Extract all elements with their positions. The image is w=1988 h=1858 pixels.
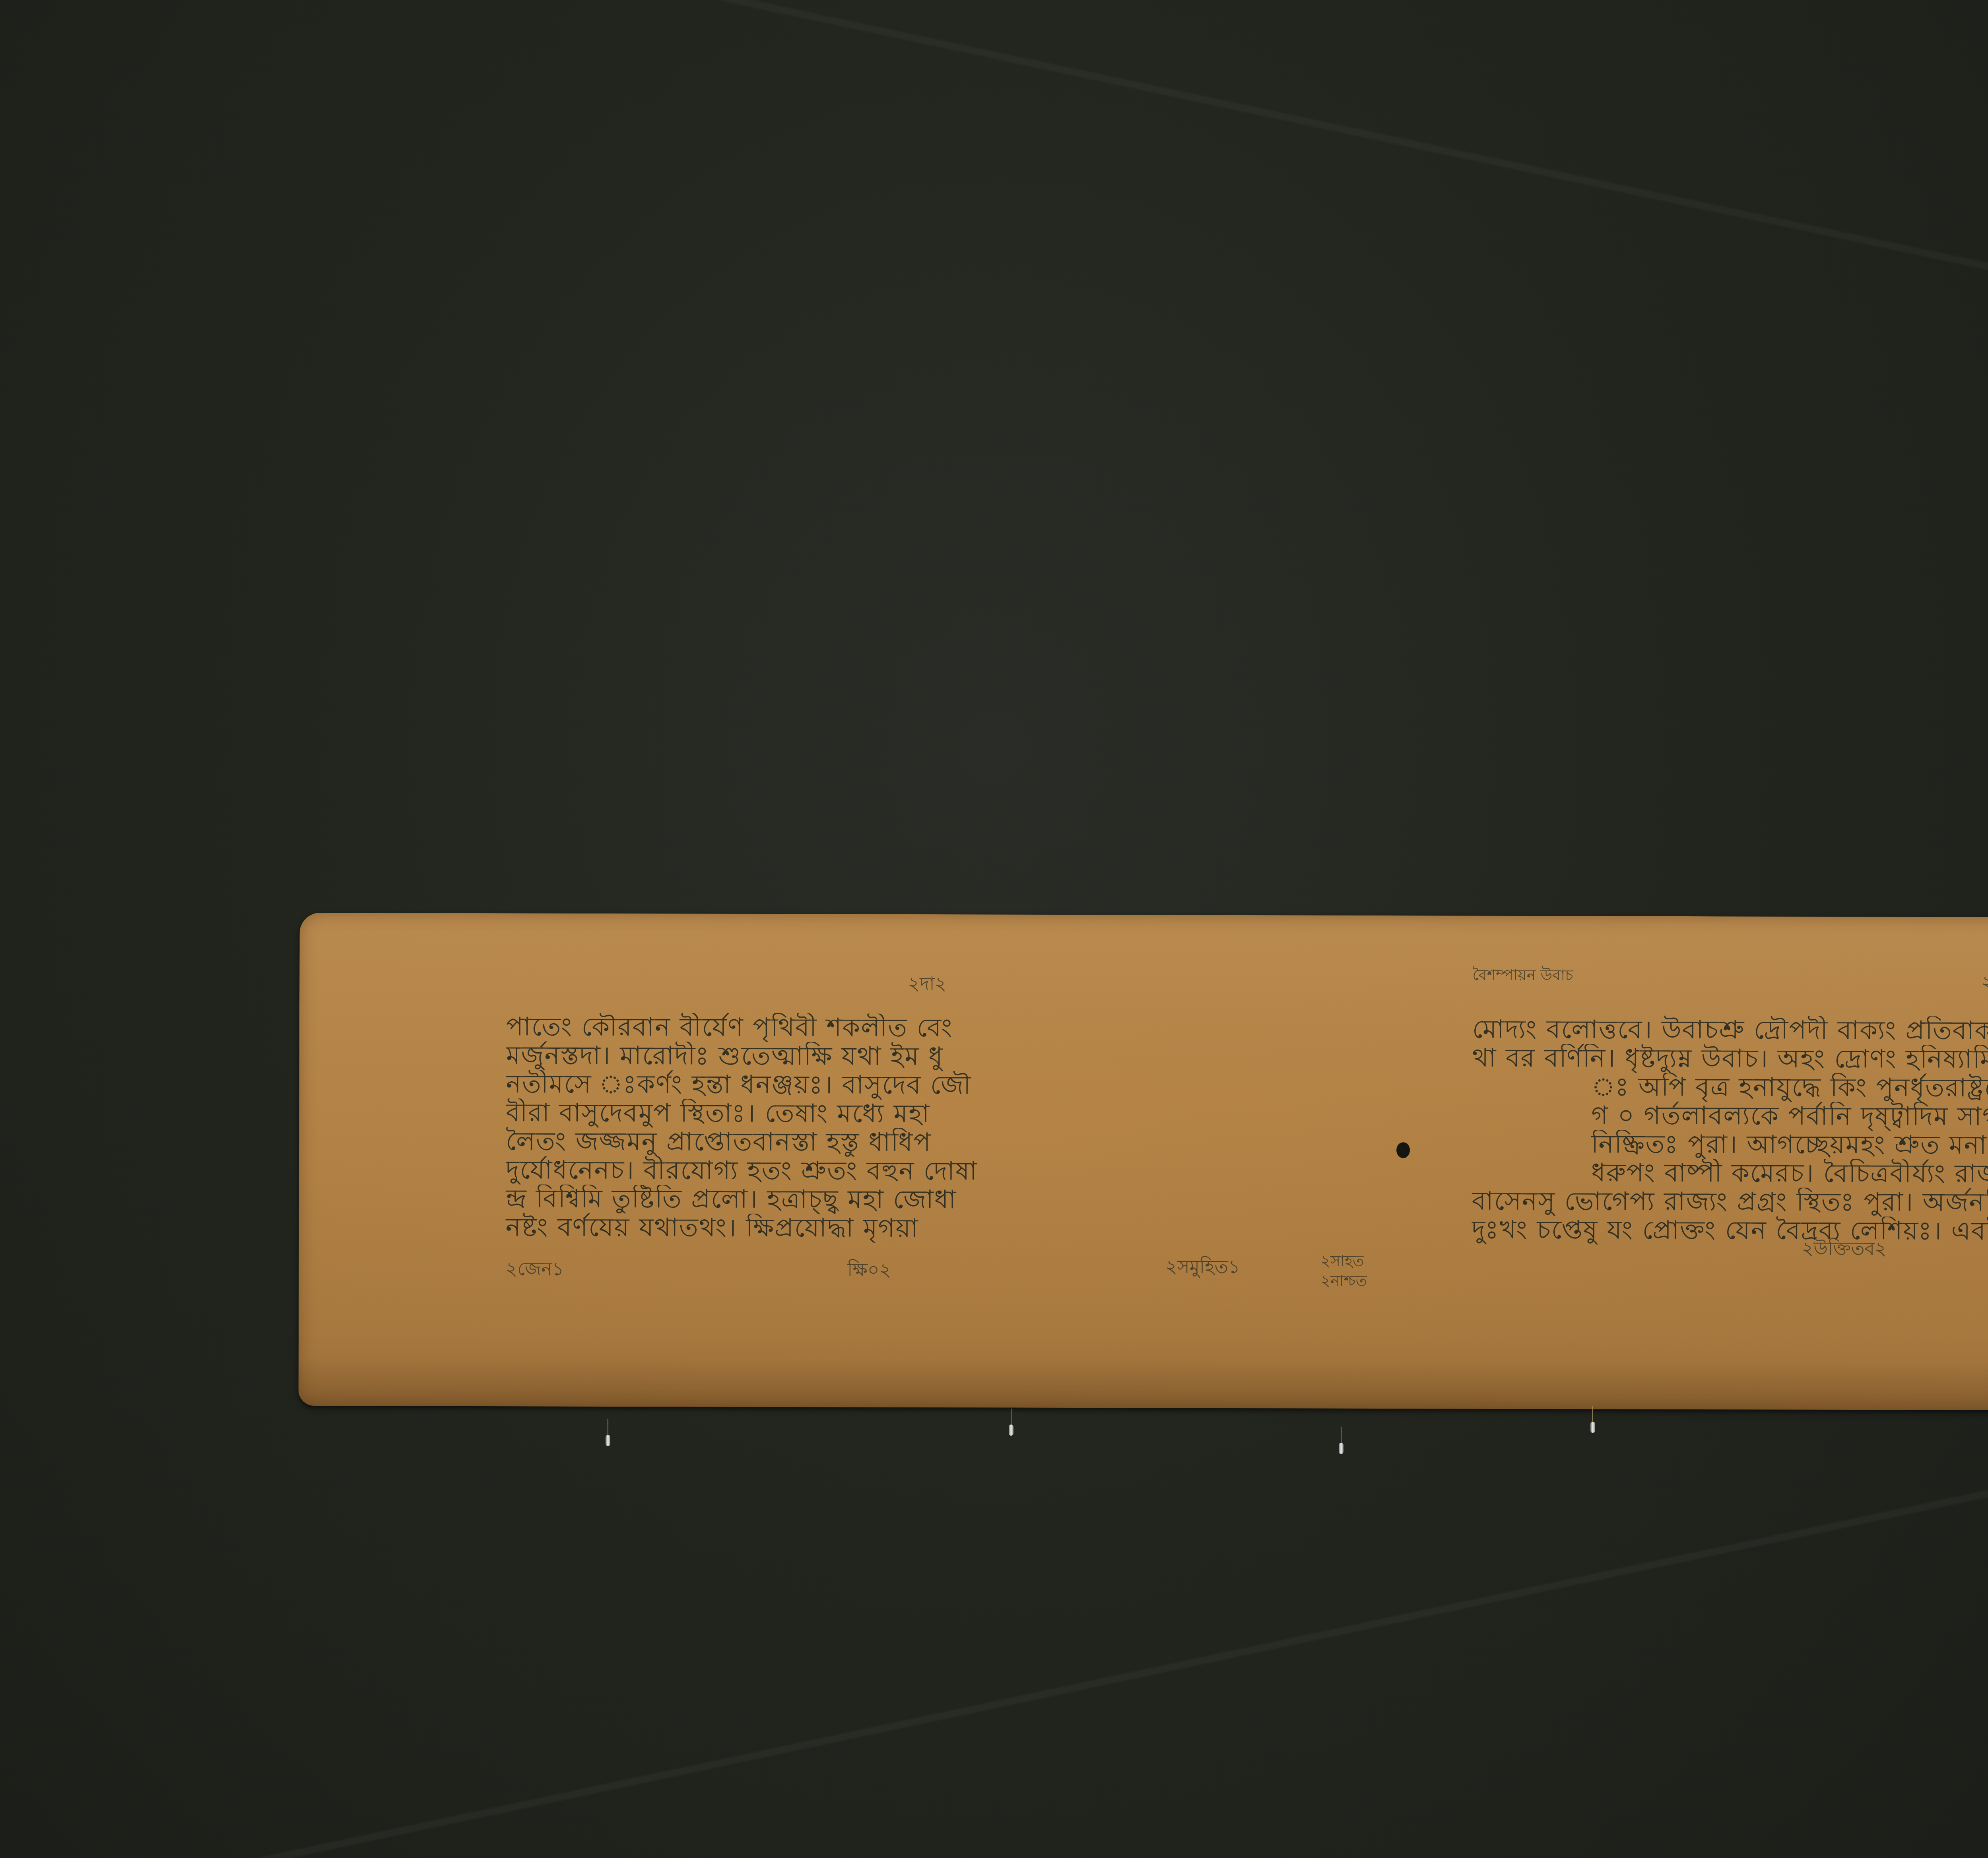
text-line: ঃ অপি বৃত্র হনাযুদ্ধে কিং পুনর্ধৃতরাষ্ট্… [1472,1073,1988,1104]
text-line: মর্জুনস্তদা। মারোদীঃ শুতেত্মাক্ষি যথা ইম… [506,1041,1321,1072]
text-line: নতীমসে ঃকর্ণং হন্তা ধনঞ্জয়ঃ। বাসুদেব জৌ [506,1070,1321,1100]
text-line: বাসেনসু ভোগেপ্য রাজ্যং প্রগ্রং স্থিতঃ পু… [1472,1187,1988,1218]
text-line: দুঃখং চপ্তেষু যং প্রোক্তং যেন বৈদ্রব্য ল… [1472,1216,1988,1247]
right-text-column: মোদ্যং বলোত্তবে। উবাচশ্রু দ্রৌপদী বাক্যং… [1472,1015,1988,1247]
left-text-column: পাতেং কৌরবান বীর্যেণ পৃথিবী শকলীত বেং মর… [505,1013,1321,1244]
text-line: নিষ্ক্রিতঃ পুরা। আগচ্ছেয়মহং শ্রুত মনাপ্… [1472,1130,1988,1161]
mounting-pin [1590,1422,1595,1433]
manuscript-leaf: ২দা২ বৈশম্পায়ন উবাচ ২১ পাতেং কৌরবান বীর… [298,913,1988,1411]
text-line: গ ০ গর্তলাবল্যকে পর্বানি দৃষ্ট্বাদিম সাগ… [1472,1101,1988,1132]
bottom-note: ২উক্তিতব২ [1802,1235,1887,1265]
text-line: থা বর বর্ণিনি। ধৃষ্টদ্যুম্ন উবাচ। অহং দ্… [1472,1044,1988,1075]
bottom-note: ২সমুহিত১ [1165,1253,1240,1283]
photo-scene: ২দা২ বৈশম্পায়ন উবাচ ২১ পাতেং কৌরবান বীর… [0,0,1988,1858]
bottom-note: ক্ষি০২ [847,1256,891,1286]
marginal-note-speaker: বৈশম্পায়ন উবাচ [1472,964,1573,989]
text-line: ন্দ্র বিশ্বিমি তুষ্টিতি প্রলো। হত্রাচ্ছ্… [506,1184,1321,1215]
mounting-pin [1339,1443,1343,1454]
text-line: নষ্টং বর্ণযেয় যথাতথং। ক্ষিপ্রযোদ্ধা মৃগ… [505,1213,1320,1244]
text-line: লৈতং জজ্জমনু প্রাপ্তোতবানস্তা হস্তু ধাধি… [506,1127,1321,1158]
bottom-note: ২জেন১ [505,1255,564,1285]
text-line: ধরুপং বাষ্পী কমেরচ। বৈচিত্রবীর্য্যং রাজা… [1472,1158,1988,1189]
marginal-note-folio: ২দা২ [908,970,947,1000]
text-line: পাতেং কৌরবান বীর্যেণ পৃথিবী শকলীত বেং [506,1013,1321,1043]
marginal-note-number: ২১ [1981,969,1988,999]
text-line: দুর্যোধনেনচ। বীরযোগ্য হতং শ্রুতং বহুন দো… [506,1156,1321,1186]
mounting-pin [1009,1425,1013,1436]
text-line: মোদ্যং বলোত্তবে। উবাচশ্রু দ্রৌপদী বাক্যং… [1472,1015,1988,1046]
binding-hole [1396,1142,1410,1158]
bottom-note: ২নাশ্চত [1320,1269,1367,1295]
text-line: বীরা বাসুদেবমুপ স্থিতাঃ। তেষাং মধ্যে মহা [506,1098,1321,1129]
mounting-pin [606,1435,610,1446]
